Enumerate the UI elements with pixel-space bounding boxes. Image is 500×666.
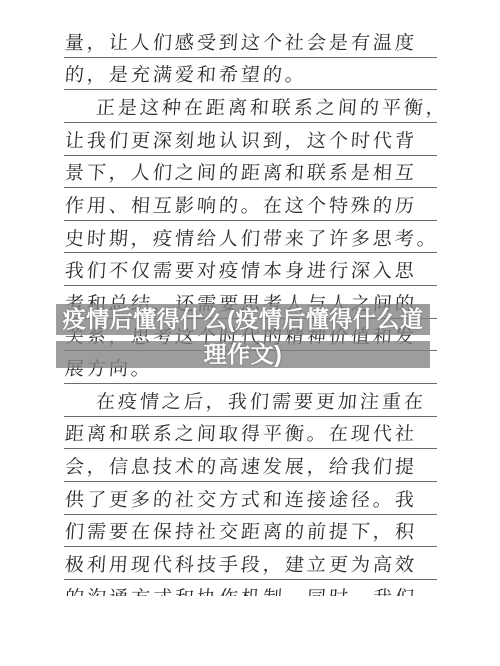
essay-line-text: 景下，人们之间的距离和联系是相互 — [64, 163, 418, 187]
essay-line: 极利用现代科技手段，建立更为高效 — [64, 547, 437, 580]
essay-line-text: 史时期，疫情给人们带来了许多思考。 — [64, 229, 440, 253]
essay-line: 史时期，疫情给人们带来了许多思考。 — [64, 221, 437, 254]
essay-line: 量，让人们感受到这个社会是有温度 — [64, 25, 437, 58]
essay-line: 景下，人们之间的距离和联系是相互 — [64, 156, 437, 189]
essay-line-text: 供了更多的社交方式和连接途径。我 — [64, 490, 418, 514]
essay-line-text: 距离和联系之间取得平衡。在现代社 — [64, 424, 418, 448]
essay-line-text: 让我们更深刻地认识到，这个时代背 — [64, 131, 418, 155]
overlay-title-line1: 疫情后懂得什么(疫情后懂得什么道 — [56, 304, 430, 335]
essay-line-text: 我们不仅需要对疫情本身进行深入思 — [64, 261, 418, 285]
essay-line: 我们不仅需要对疫情本身进行深入思 — [64, 253, 437, 286]
essay-line: 们需要在保持社交距离的前提下，积 — [64, 515, 437, 548]
essay-line: 供了更多的社交方式和连接途径。我 — [64, 482, 437, 515]
essay-line-text: 会，信息技术的高速发展，给我们提 — [64, 457, 418, 481]
essay-line: 作用、相互影响的。在这个特殊的历 — [64, 188, 437, 221]
essay-line: 距离和联系之间取得平衡。在现代社 — [64, 417, 437, 450]
title-overlay: 疫情后懂得什么(疫情后懂得什么道 理作文) — [56, 304, 430, 368]
essay-line-text: 正是这种在距离和联系之间的平衡， — [64, 98, 449, 122]
overlay-title-line2: 理作文) — [56, 341, 430, 368]
essay-line: 的，是充满爱和希望的。 — [64, 58, 437, 91]
essay-line: 在疫情之后，我们需要更加注重在 — [64, 384, 437, 417]
essay-line-text: 在疫情之后，我们需要更加注重在 — [64, 392, 427, 416]
blank-footer — [0, 596, 500, 666]
essay-line-text: 极利用现代科技手段，建立更为高效 — [64, 555, 418, 579]
essay-line-text: 的，是充满爱和希望的。 — [64, 65, 308, 89]
essay-line: 会，信息技术的高速发展，给我们提 — [64, 449, 437, 482]
essay-line: 让我们更深刻地认识到，这个时代背 — [64, 123, 437, 156]
essay-line-text: 量，让人们感受到这个社会是有温度 — [64, 33, 418, 57]
essay-line-text: 们需要在保持社交距离的前提下，积 — [64, 522, 418, 546]
essay-line: 正是这种在距离和联系之间的平衡， — [64, 90, 437, 123]
essay-line-text: 作用、相互影响的。在这个特殊的历 — [64, 196, 418, 220]
essay-photo: 量，让人们感受到这个社会是有温度 的，是充满爱和希望的。 正是这种在距离和联系之… — [0, 0, 500, 666]
